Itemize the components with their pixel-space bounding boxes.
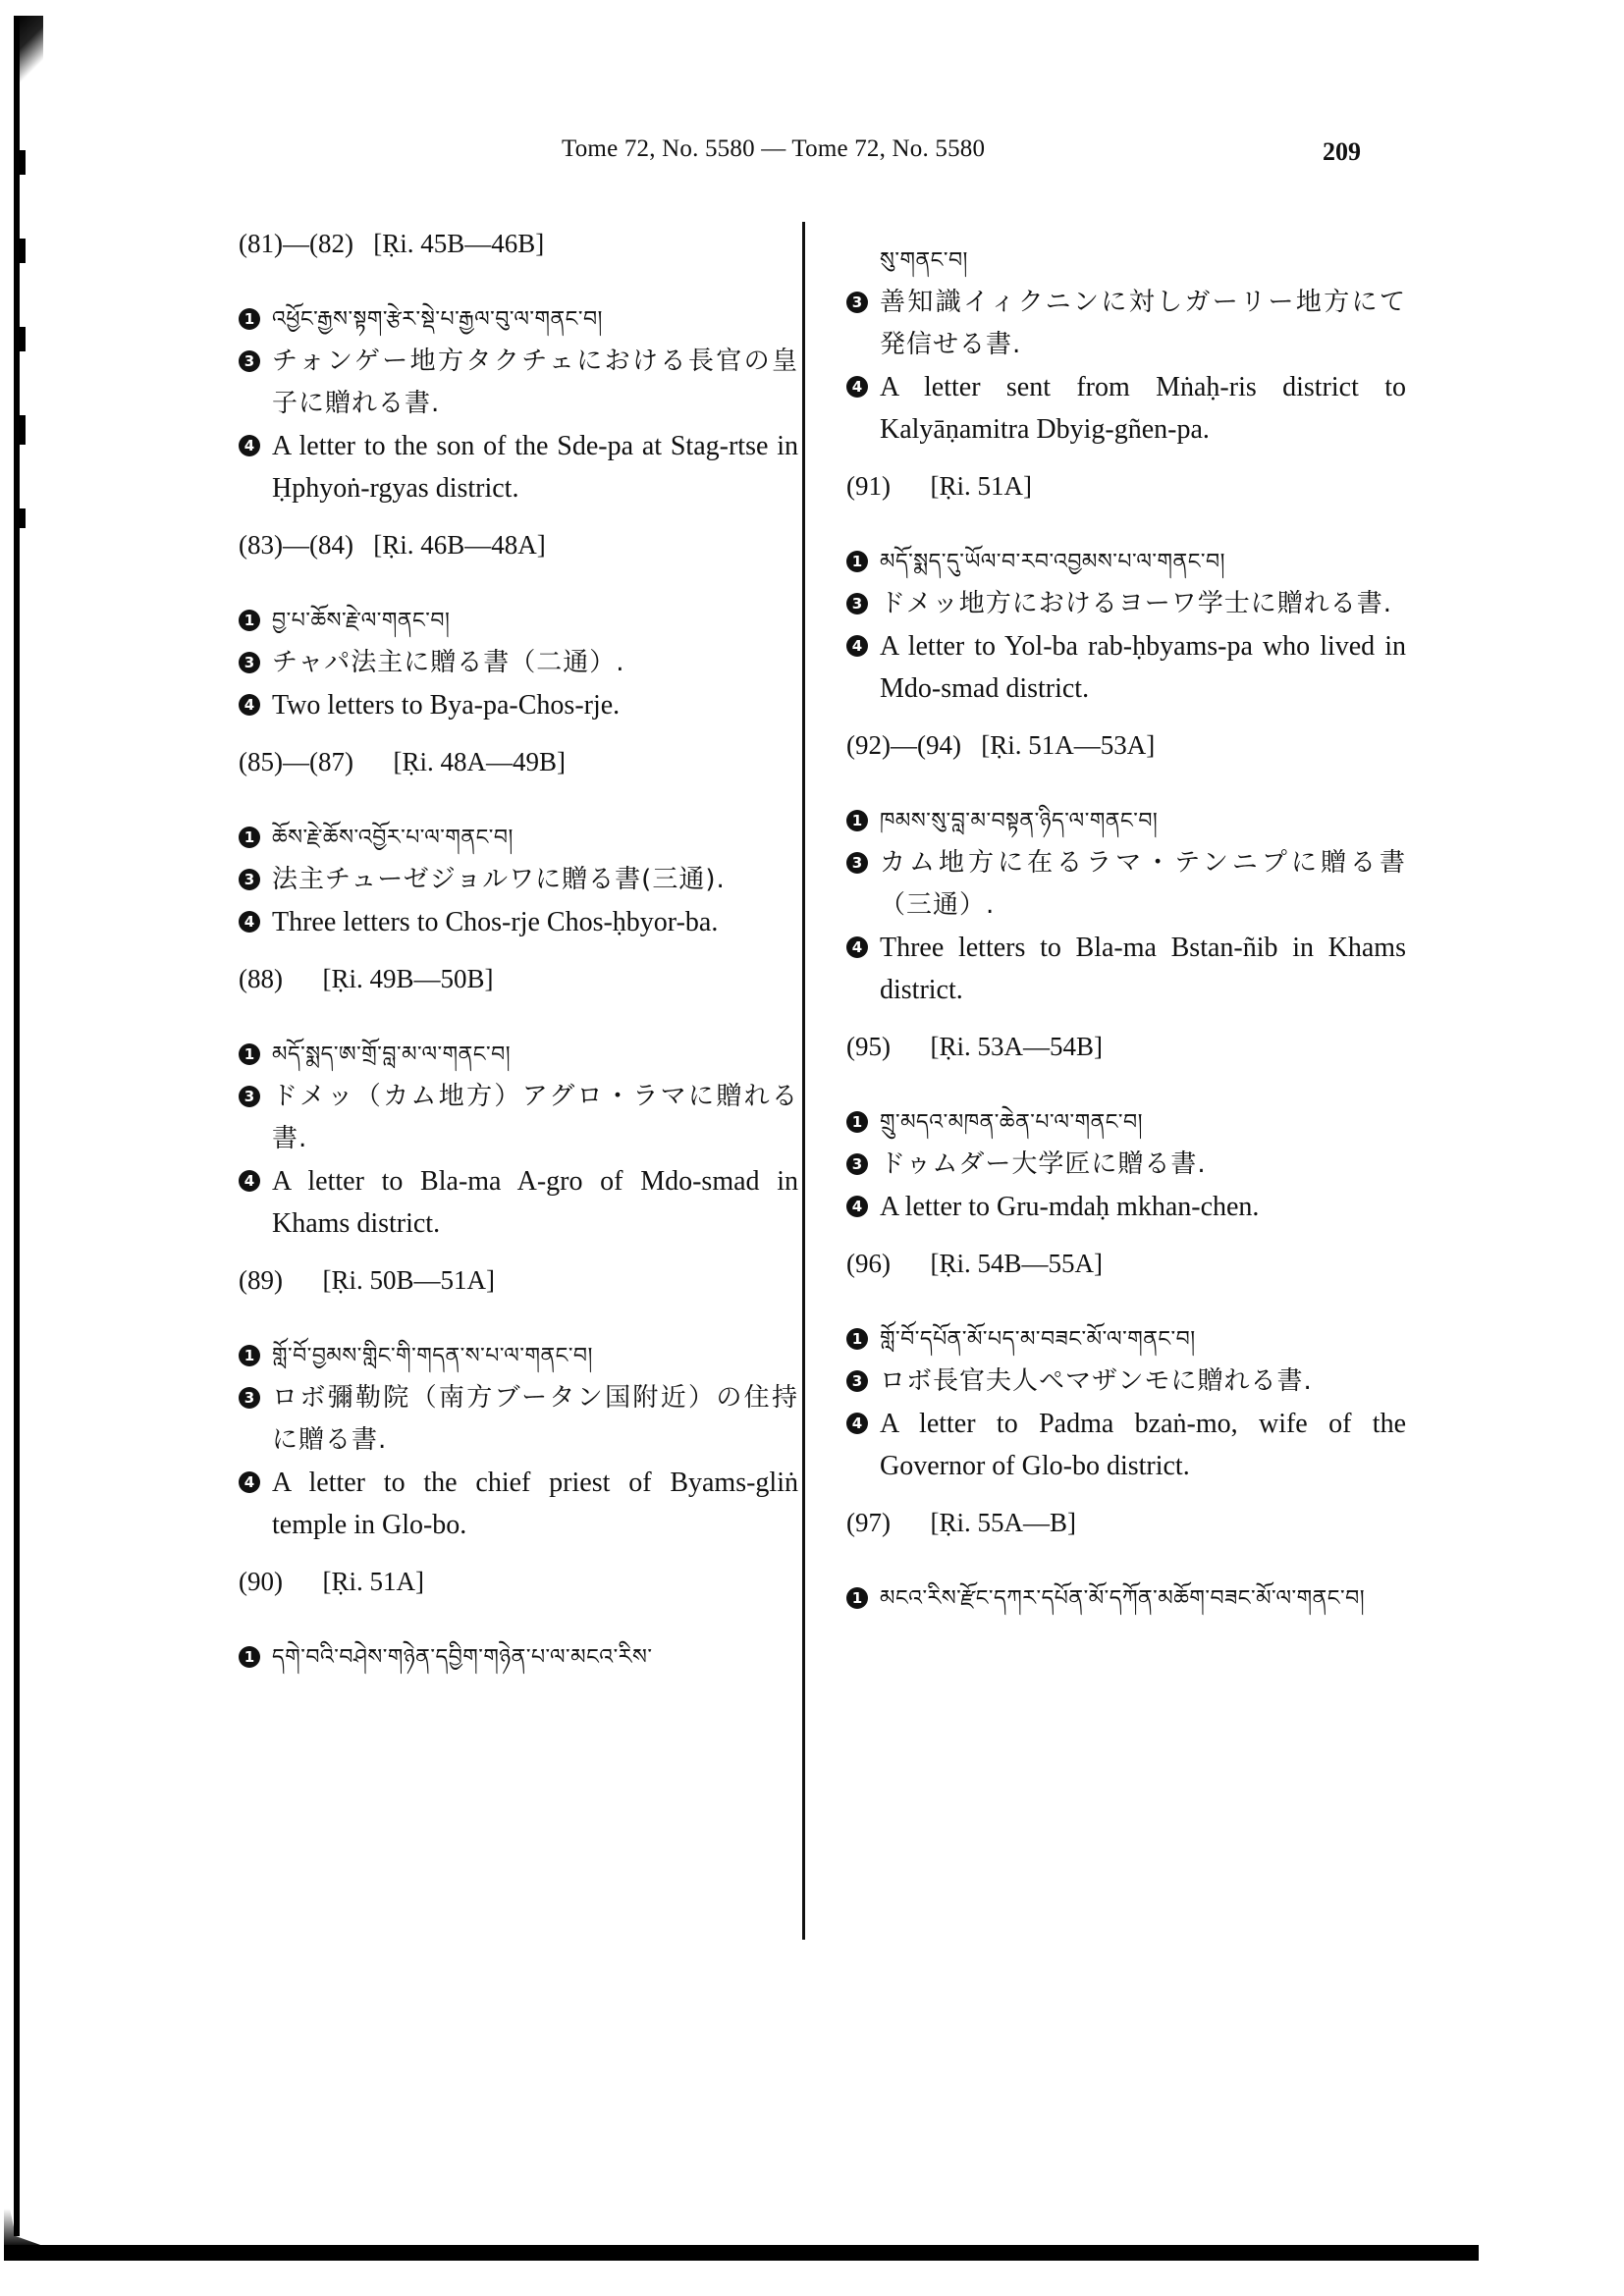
- japanese-title: ドゥムダー大学匠に贈る書.: [880, 1144, 1406, 1186]
- marker-3-icon: 3: [239, 1086, 260, 1107]
- marker-4-icon: 4: [239, 1471, 260, 1493]
- english-title: A letter sent from Mṅaḥ-ris district to …: [880, 366, 1406, 451]
- entry-heading: (88) [Ṛi. 49B—50B]: [239, 961, 798, 996]
- english-title: A letter to the chief priest of Byams-gl…: [272, 1462, 798, 1546]
- tibetan-title: མངའ་རིས་རྫོང་དཀར་དཔོན་མོ་དཀོན་མཆོག་བཟང་མ…: [880, 1577, 1406, 1620]
- english-title: A letter to Yol-ba rab-ḥbyams-pa who liv…: [880, 625, 1406, 710]
- tibetan-title-line: 1 མདོ་སྨད་དུ་ཡོལ་བ་རབ་འབྱམས་པ་ལ་གནང་བ།: [846, 541, 1406, 583]
- entry-heading: (90) [Ṛi. 51A]: [239, 1564, 798, 1599]
- japanese-title: ドメッ地方におけるヨーワ学士に贈れる書.: [880, 583, 1406, 625]
- marker-1-icon: 1: [239, 1646, 260, 1668]
- tibetan-title: གློ་བོ་བྱམས་གླིང་གི་གདན་ས་པ་ལ་གནང་བ།: [272, 1335, 798, 1377]
- marker-1-icon: 1: [846, 1587, 868, 1609]
- tibetan-title-line: 1 དགེ་བའི་བཤེས་གཉེན་དབྱིག་གཉེན་པ་ལ་མངའ་ར…: [239, 1636, 798, 1679]
- tibetan-title: འཕྱོང་རྒྱས་སྟག་རྩེར་སྡེ་པ་རྒྱལ་བུ་ལ་གནང་…: [272, 298, 798, 341]
- entry-90: (90) [Ṛi. 51A] 1 དགེ་བའི་བཤེས་གཉེན་དབྱིག…: [239, 1564, 798, 1679]
- english-title-line: 4 Three letters to Bla-ma Bstan-ñib in K…: [846, 927, 1406, 1011]
- tibetan-title-line: 1 གྲུ་མདའ་མཁན་ཆེན་པ་ལ་གནང་བ།: [846, 1101, 1406, 1144]
- marker-1-icon: 1: [846, 551, 868, 572]
- entry-heading: (89) [Ṛi. 50B—51A]: [239, 1262, 798, 1298]
- japanese-title: チャパ法主に贈る書（二通）.: [272, 642, 798, 684]
- marker-4-icon: 4: [239, 694, 260, 716]
- entry-97: (97) [Ṛi. 55A—B] 1 མངའ་རིས་རྫོང་དཀར་དཔོན…: [846, 1505, 1406, 1620]
- english-title: A letter to Gru-mdaḥ mkhan-chen.: [880, 1186, 1406, 1228]
- japanese-title: 法主チューゼジョルワに贈る書(三通).: [272, 859, 798, 901]
- marker-3-icon: 3: [846, 292, 868, 313]
- english-title-line: 4 Two letters to Bya-pa-Chos-rje.: [239, 684, 798, 726]
- entry-heading: (85)—(87) [Ṛi. 48A—49B]: [239, 744, 798, 779]
- english-title: Three letters to Chos-rje Chos-ḥbyor-ba.: [272, 901, 798, 943]
- marker-3-icon: 3: [239, 350, 260, 372]
- tibetan-title-line: 1 གློ་བོ་བྱམས་གླིང་གི་གདན་ས་པ་ལ་གནང་བ།: [239, 1335, 798, 1377]
- marker-1-icon: 1: [846, 1328, 868, 1350]
- japanese-title: 善知識イィクニンに対しガーリー地方にて発信せる書.: [880, 282, 1406, 366]
- marker-3-icon: 3: [846, 1370, 868, 1392]
- japanese-title-line: 3 ドメッ（カム地方）アグロ・ラマに贈れる書.: [239, 1076, 798, 1160]
- entry-81-82: (81)—(82) [Ṛi. 45B—46B] 1 འཕྱོང་རྒྱས་སྟག…: [239, 226, 798, 509]
- tibetan-title: ཆོས་རྗེ་ཆོས་འབྱོར་པ་ལ་གནང་བ།: [272, 817, 798, 859]
- marker-4-icon: 4: [846, 376, 868, 398]
- english-title-line: 4 A letter to Gru-mdaḥ mkhan-chen.: [846, 1186, 1406, 1228]
- marker-3-icon: 3: [239, 652, 260, 673]
- marker-1-icon: 1: [239, 610, 260, 631]
- marker-4-icon: 4: [239, 911, 260, 933]
- japanese-title: カム地方に在るラマ・テンニプに贈る書（三通）.: [880, 842, 1406, 927]
- japanese-title: ドメッ（カム地方）アグロ・ラマに贈れる書.: [272, 1076, 798, 1160]
- marker-1-icon: 1: [846, 810, 868, 831]
- entry-heading: (83)—(84) [Ṛi. 46B—48A]: [239, 527, 798, 562]
- entry-89: (89) [Ṛi. 50B—51A] 1 གློ་བོ་བྱམས་གླིང་གི…: [239, 1262, 798, 1546]
- japanese-title-line: 3 ロボ彌勒院（南方ブータン国附近）の住持に贈る書.: [239, 1377, 798, 1462]
- english-title: A letter to Padma bzaṅ-mo, wife of the G…: [880, 1403, 1406, 1487]
- japanese-title-line: 3 カム地方に在るラマ・テンニプに贈る書（三通）.: [846, 842, 1406, 927]
- japanese-title-line: 3 善知識イィクニンに対しガーリー地方にて発信せる書.: [846, 282, 1406, 366]
- tibetan-title-line: 1 ཁམས་སུ་བླ་མ་བསྟན་ཉིད་ལ་གནང་བ།: [846, 800, 1406, 842]
- english-title: Two letters to Bya-pa-Chos-rje.: [272, 684, 798, 726]
- english-title: A letter to the son of the Sde-pa at Sta…: [272, 425, 798, 509]
- marker-4-icon: 4: [239, 1170, 260, 1192]
- entry-85-87: (85)—(87) [Ṛi. 48A—49B] 1 ཆོས་རྗེ་ཆོས་འབ…: [239, 744, 798, 943]
- tibetan-title: གྲུ་མདའ་མཁན་ཆེན་པ་ལ་གནང་བ།: [880, 1101, 1406, 1144]
- left-column: (81)—(82) [Ṛi. 45B—46B] 1 འཕྱོང་རྒྱས་སྟག…: [239, 226, 798, 1679]
- entry-90-continued: སུ་གནང་བ། 3 善知識イィクニンに対しガーリー地方にて発信せる書. 4 …: [846, 240, 1406, 451]
- tibetan-title-line: 1 མངའ་རིས་རྫོང་དཀར་དཔོན་མོ་དཀོན་མཆོག་བཟང…: [846, 1577, 1406, 1620]
- marker-4-icon: 4: [846, 1413, 868, 1434]
- english-title-line: 4 A letter to the son of the Sde-pa at S…: [239, 425, 798, 509]
- entry-heading: (97) [Ṛi. 55A—B]: [846, 1505, 1406, 1540]
- japanese-title-line: 3 ロボ長官夫人ペマザンモに贈れる書.: [846, 1361, 1406, 1403]
- tibetan-title-line: 1 ཆོས་རྗེ་ཆོས་འབྱོར་པ་ལ་གནང་བ།: [239, 817, 798, 859]
- japanese-title-line: 3 チャパ法主に贈る書（二通）.: [239, 642, 798, 684]
- entry-heading: (95) [Ṛi. 53A—54B]: [846, 1029, 1406, 1064]
- english-title-line: 4 Three letters to Chos-rje Chos-ḥbyor-b…: [239, 901, 798, 943]
- english-title-line: 4 A letter to Bla-ma A-gro of Mdo-smad i…: [239, 1160, 798, 1245]
- marker-3-icon: 3: [239, 869, 260, 890]
- tibetan-title: ཁམས་སུ་བླ་མ་བསྟན་ཉིད་ལ་གནང་བ།: [880, 800, 1406, 842]
- entry-96: (96) [Ṛi. 54B—55A] 1 གློ་བོ་དཔོན་མོ་པད་མ…: [846, 1246, 1406, 1487]
- entry-heading: (96) [Ṛi. 54B—55A]: [846, 1246, 1406, 1281]
- marker-4-icon: 4: [239, 435, 260, 456]
- page-number: 209: [1323, 137, 1361, 167]
- entry-83-84: (83)—(84) [Ṛi. 46B—48A] 1 བྱ་པ་ཆོས་རྗེ་ལ…: [239, 527, 798, 726]
- right-column: སུ་གནང་བ། 3 善知識イィクニンに対しガーリー地方にて発信せる書. 4 …: [846, 240, 1406, 1620]
- tibetan-title: བྱ་པ་ཆོས་རྗེ་ལ་གནང་བ།: [272, 600, 798, 642]
- english-title-line: 4 A letter sent from Mṅaḥ-ris district t…: [846, 366, 1406, 451]
- entry-95: (95) [Ṛi. 53A—54B] 1 གྲུ་མདའ་མཁན་ཆེན་པ་ལ…: [846, 1029, 1406, 1228]
- tibetan-title-line: 1 གློ་བོ་དཔོན་མོ་པད་མ་བཟང་མོ་ལ་གནང་བ།: [846, 1318, 1406, 1361]
- english-title: Three letters to Bla-ma Bstan-ñib in Kha…: [880, 927, 1406, 1011]
- marker-4-icon: 4: [846, 1196, 868, 1217]
- marker-1-icon: 1: [239, 1043, 260, 1065]
- entry-heading: (81)—(82) [Ṛi. 45B—46B]: [239, 226, 798, 261]
- marker-1-icon: 1: [846, 1111, 868, 1133]
- column-rule: [802, 222, 805, 1940]
- japanese-title: ロボ長官夫人ペマザンモに贈れる書.: [880, 1361, 1406, 1403]
- scan-edge-bottom-curve: [4, 2209, 43, 2248]
- marker-4-icon: 4: [846, 635, 868, 657]
- tibetan-title: གློ་བོ་དཔོན་མོ་པད་མ་བཟང་མོ་ལ་གནང་བ།: [880, 1318, 1406, 1361]
- marker-3-icon: 3: [846, 593, 868, 614]
- entry-92-94: (92)—(94) [Ṛi. 51A—53A] 1 ཁམས་སུ་བླ་མ་བས…: [846, 727, 1406, 1011]
- japanese-title-line: 3 法主チューゼジョルワに贈る書(三通).: [239, 859, 798, 901]
- japanese-title-line: 3 チォンゲー地方タクチェにおける長官の皇子に贈れる書.: [239, 341, 798, 425]
- japanese-title-line: 3 ドゥムダー大学匠に贈る書.: [846, 1144, 1406, 1186]
- entry-heading: (92)—(94) [Ṛi. 51A—53A]: [846, 727, 1406, 763]
- scan-edge-bottom: [4, 2245, 1479, 2261]
- marker-3-icon: 3: [846, 852, 868, 874]
- scan-edge-left: [14, 18, 20, 2236]
- english-title-line: 4 A letter to Padma bzaṅ-mo, wife of the…: [846, 1403, 1406, 1487]
- japanese-title: ロボ彌勒院（南方ブータン国附近）の住持に贈る書.: [272, 1377, 798, 1462]
- marker-1-icon: 1: [239, 308, 260, 330]
- tibetan-title: སུ་གནང་བ།: [880, 240, 1406, 282]
- marker-3-icon: 3: [846, 1153, 868, 1175]
- marker-3-icon: 3: [239, 1387, 260, 1409]
- marker-4-icon: 4: [846, 936, 868, 958]
- marker-1-icon: 1: [239, 827, 260, 848]
- english-title-line: 4 A letter to Yol-ba rab-ḥbyams-pa who l…: [846, 625, 1406, 710]
- tibetan-title-line: 1 བྱ་པ་ཆོས་རྗེ་ལ་གནང་བ།: [239, 600, 798, 642]
- tibetan-title-line: 1 འཕྱོང་རྒྱས་སྟག་རྩེར་སྡེ་པ་རྒྱལ་བུ་ལ་གན…: [239, 298, 798, 341]
- tibetan-title: མདོ་སྨད་ཨ་གྲོ་བླ་མ་ལ་གནང་བ།: [272, 1034, 798, 1076]
- tibetan-title: དགེ་བའི་བཤེས་གཉེན་དབྱིག་གཉེན་པ་ལ་མངའ་རིས…: [272, 1636, 798, 1679]
- japanese-title-line: 3 ドメッ地方におけるヨーワ学士に贈れる書.: [846, 583, 1406, 625]
- tibetan-title-continued: སུ་གནང་བ།: [846, 240, 1406, 282]
- english-title: A letter to Bla-ma A-gro of Mdo-smad in …: [272, 1160, 798, 1245]
- entry-heading: (91) [Ṛi. 51A]: [846, 468, 1406, 504]
- japanese-title: チォンゲー地方タクチェにおける長官の皇子に贈れる書.: [272, 341, 798, 425]
- english-title-line: 4 A letter to the chief priest of Byams-…: [239, 1462, 798, 1546]
- entry-91: (91) [Ṛi. 51A] 1 མདོ་སྨད་དུ་ཡོལ་བ་རབ་འབྱ…: [846, 468, 1406, 710]
- entry-88: (88) [Ṛi. 49B—50B] 1 མདོ་སྨད་ཨ་གྲོ་བླ་མ་…: [239, 961, 798, 1245]
- marker-1-icon: 1: [239, 1345, 260, 1366]
- tibetan-title-line: 1 མདོ་སྨད་ཨ་གྲོ་བླ་མ་ལ་གནང་བ།: [239, 1034, 798, 1076]
- running-head: Tome 72, No. 5580 — Tome 72, No. 5580: [562, 135, 985, 163]
- tibetan-title: མདོ་སྨད་དུ་ཡོལ་བ་རབ་འབྱམས་པ་ལ་གནང་བ།: [880, 541, 1406, 583]
